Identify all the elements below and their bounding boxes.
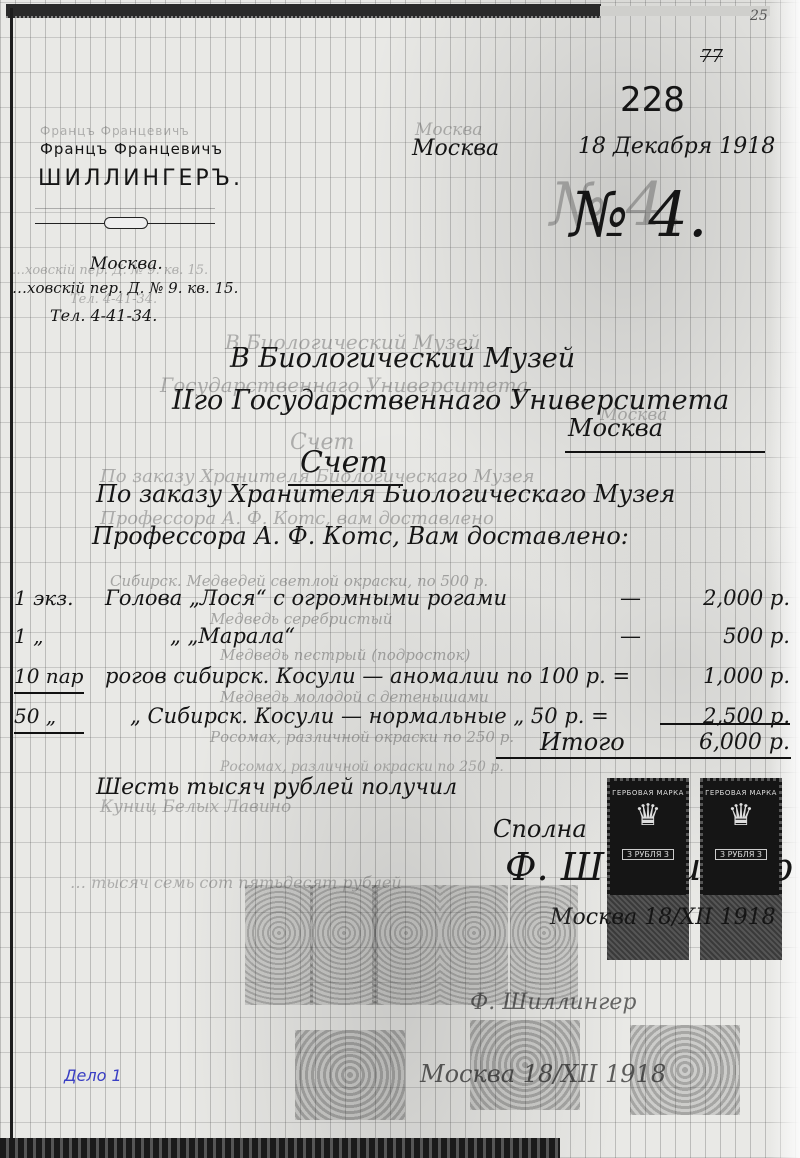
stamp-cancel-scrawl: Москва 18/XII 1918 xyxy=(420,1060,666,1088)
header-date: 18 Декабря 1918 xyxy=(578,134,775,159)
top-torn-edge xyxy=(6,4,601,18)
qty-underline xyxy=(14,732,84,734)
ghost-row: Росомах, различной окраски по 250 р. xyxy=(210,728,514,746)
folder-note: Дело 1 xyxy=(64,1066,122,1085)
item-amount: 2,000 р. xyxy=(680,586,790,610)
stamp-title: ГЕРБОВАЯ МАРКА xyxy=(610,789,686,797)
item-description: рогов сибирск. Косули — аномалии по 100 … xyxy=(105,664,630,688)
addressee-underline xyxy=(565,451,765,453)
total-label: Итого xyxy=(540,728,625,756)
total-rule xyxy=(496,757,791,759)
merchant-first-name: Францъ Францевичъ xyxy=(40,140,223,158)
crown-icon: ♛ xyxy=(703,801,779,831)
intro-line-1: По заказу Хранителя Биологическаго Музея xyxy=(96,480,675,508)
addressee-line-2: IIго Государственнаго Университета xyxy=(172,385,729,416)
item-qty: 50 „ xyxy=(14,704,56,728)
left-margin-rule xyxy=(10,8,13,1153)
item-description: Голова „Лося“ с огромными рогами xyxy=(105,586,507,610)
words-ghost: Куниц Белых Лавино xyxy=(100,797,291,817)
table-row: 1 экз. Голова „Лося“ с огромными рогами … xyxy=(0,586,800,626)
item-qty: 1 „ xyxy=(14,624,43,648)
stamp-title: ГЕРБОВАЯ МАРКА xyxy=(703,789,779,797)
item-qty: 1 экз. xyxy=(14,586,74,610)
ghost-stamp xyxy=(372,885,440,1005)
item-amount: 1,000 р. xyxy=(680,664,790,688)
intro-line-2: Профессора А. Ф. Котс, Вам доставлено: xyxy=(92,522,629,550)
bottom-edge xyxy=(0,1138,560,1158)
merchant-last-name: ШИЛЛИНГЕРЪ. xyxy=(38,166,243,191)
ghost-stamp xyxy=(510,885,578,1005)
crown-icon: ♛ xyxy=(610,801,686,831)
item-dash: — xyxy=(620,586,641,610)
stamp-denomination: 3 РУБЛЯ 3 xyxy=(622,849,674,860)
right-edge-fade xyxy=(770,0,800,1158)
stamp-cancel-scrawl: Ф. Шиллингер xyxy=(470,990,636,1015)
item-qty: 10 пар xyxy=(14,664,83,688)
ghost-stamp xyxy=(245,885,313,1005)
ghost-stamp xyxy=(440,885,508,1005)
ghost-stamp xyxy=(310,885,378,1005)
addressee-line-1: В Биологический Музей xyxy=(230,343,575,374)
scanned-document-page: 25 77 228 Францъ Францевичъ Францъ Франц… xyxy=(0,0,800,1158)
archive-number-struck: 77 xyxy=(700,46,723,67)
invoice-number: № 4. xyxy=(570,178,708,251)
subtotal-rule xyxy=(660,723,790,725)
stamp-cancel-date: Москва 18/XII 1918 xyxy=(550,905,776,930)
addressee-city: Москва xyxy=(568,414,663,442)
revenue-stamp: ГЕРБОВАЯ МАРКА ♛ 3 РУБЛЯ 3 xyxy=(607,778,689,898)
ghost-row: Медведь пестрый (подросток) xyxy=(220,646,470,664)
ornament-ghost xyxy=(35,208,215,209)
letterhead-street: …ховскiй пер. Д. № 9. кв. 15. xyxy=(12,279,238,297)
page-mark: 25 xyxy=(750,8,768,24)
revenue-stamp: ГЕРБОВАЯ МАРКА ♛ 3 РУБЛЯ 3 xyxy=(700,778,782,898)
total-amount: 6,000 р. xyxy=(690,730,790,755)
ornament-knot-icon xyxy=(104,217,148,229)
item-amount: 500 р. xyxy=(680,624,790,648)
header-city: Москва xyxy=(412,136,499,161)
top-edge-strip xyxy=(600,6,770,16)
item-description: „ Сибирск. Косули — нормальные „ 50 р. = xyxy=(130,704,609,728)
stamp-denomination: 3 РУБЛЯ 3 xyxy=(715,849,767,860)
merchant-first-ghost: Францъ Францевичъ xyxy=(40,124,190,138)
letterhead-phone: Тел. 4-41-34. xyxy=(50,306,157,325)
words-ghost-top: Росомах, различной окраски по 250 р. xyxy=(220,759,504,775)
archive-number: 228 xyxy=(620,80,685,120)
letterhead-city: Москва. xyxy=(90,254,163,274)
item-dash: — xyxy=(620,624,641,648)
paid-in-full-label: Сполна xyxy=(493,815,587,843)
ghost-stamp xyxy=(295,1030,405,1120)
item-description: „ „Марала“ xyxy=(170,624,295,648)
qty-underline xyxy=(14,692,84,694)
